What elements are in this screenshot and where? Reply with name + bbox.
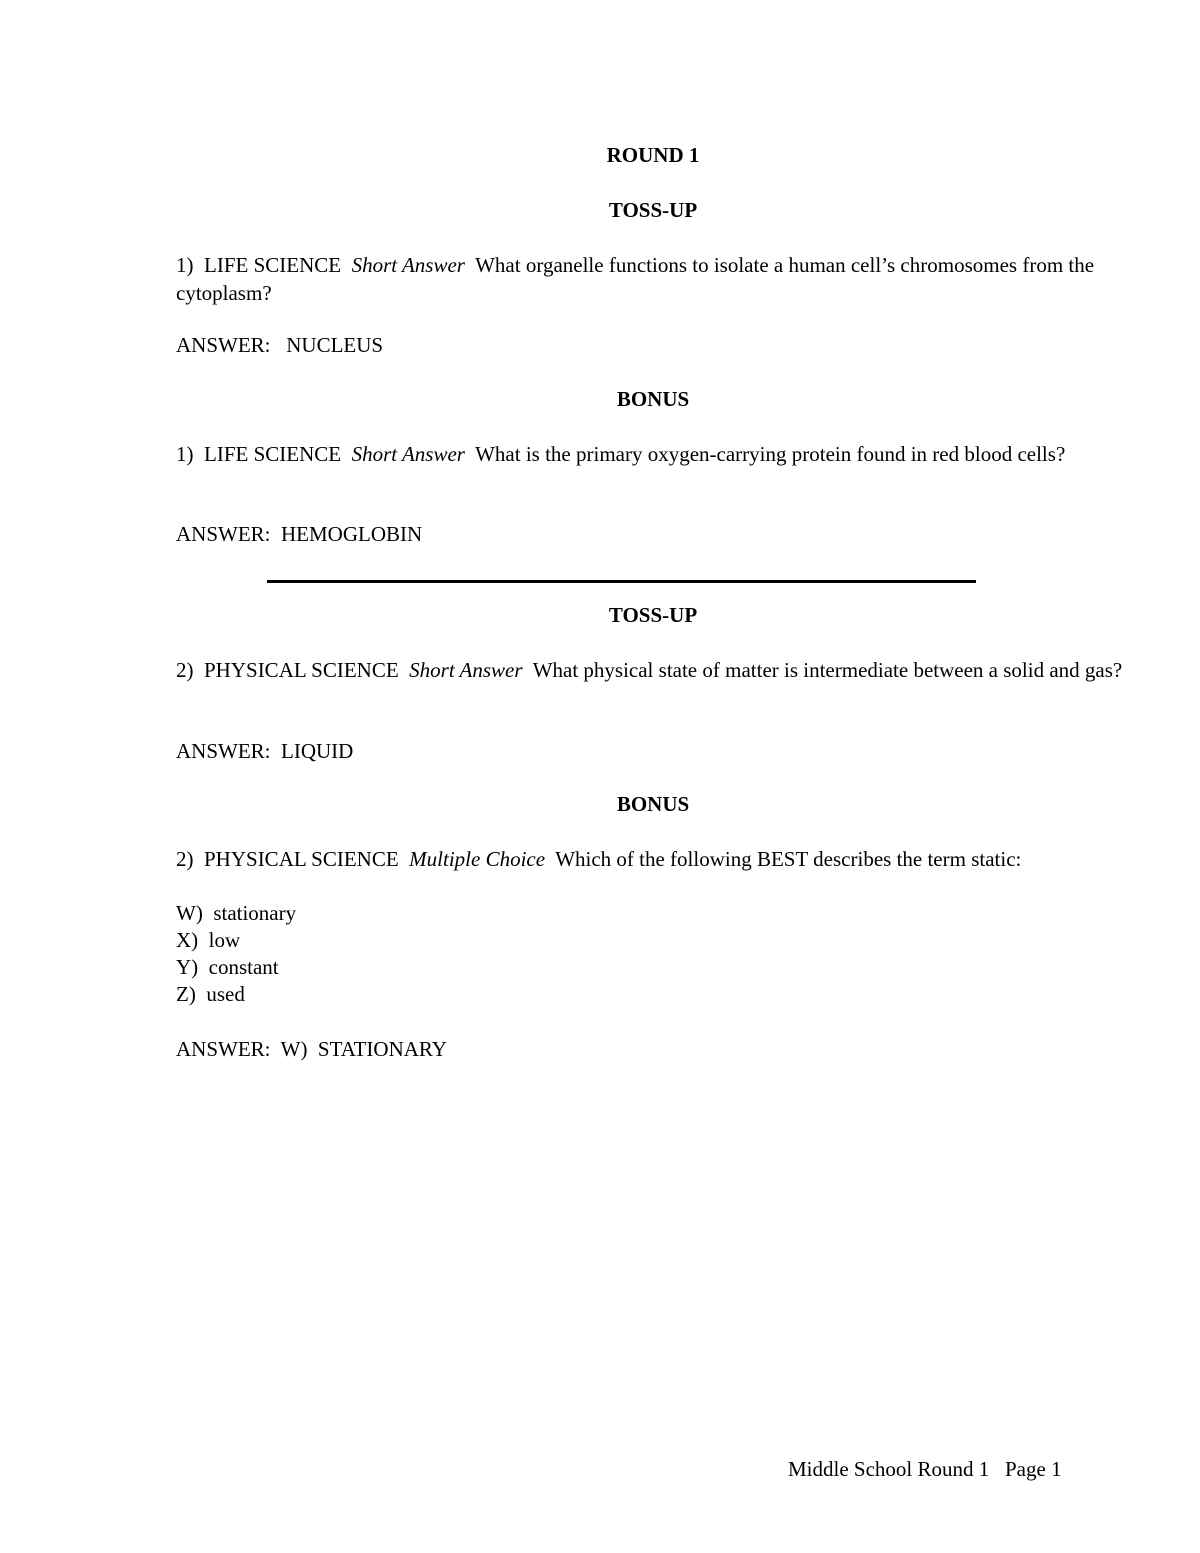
tossup-1-heading: TOSS-UP — [0, 198, 1200, 223]
question-number: 1) — [176, 253, 194, 277]
tossup-1-question: 1) LIFE SCIENCE Short Answer What organe… — [176, 251, 1136, 307]
question-text: What physical state of matter is interme… — [533, 658, 1123, 682]
bonus-2-question: 2) PHYSICAL SCIENCE Multiple Choice Whic… — [176, 845, 1136, 873]
bonus-1-question: 1) LIFE SCIENCE Short Answer What is the… — [176, 440, 1136, 468]
bonus-1-answer: ANSWER: HEMOGLOBIN — [176, 520, 1136, 548]
section-divider — [267, 580, 976, 583]
tossup-2-answer: ANSWER: LIQUID — [176, 737, 1136, 765]
bonus-1-heading: BONUS — [0, 387, 1200, 412]
option-x: X) low — [176, 927, 240, 954]
question-category: LIFE SCIENCE — [204, 253, 341, 277]
question-number: 2) — [176, 847, 194, 871]
question-number: 1) — [176, 442, 194, 466]
page-footer: Middle School Round 1 Page 1 — [788, 1457, 1062, 1482]
question-category: PHYSICAL SCIENCE — [204, 658, 399, 682]
question-format: Short Answer — [352, 442, 465, 466]
question-format: Multiple Choice — [409, 847, 545, 871]
option-y: Y) constant — [176, 954, 279, 981]
question-text: Which of the following BEST describes th… — [555, 847, 1021, 871]
question-text: What is the primary oxygen-carrying prot… — [475, 442, 1065, 466]
question-format: Short Answer — [352, 253, 465, 277]
option-z: Z) used — [176, 981, 245, 1008]
round-title: ROUND 1 — [0, 143, 1200, 168]
question-category: PHYSICAL SCIENCE — [204, 847, 399, 871]
tossup-2-heading: TOSS-UP — [0, 603, 1200, 628]
option-w: W) stationary — [176, 900, 296, 927]
tossup-2-question: 2) PHYSICAL SCIENCE Short Answer What ph… — [176, 656, 1136, 684]
bonus-2-answer: ANSWER: W) STATIONARY — [176, 1035, 1136, 1063]
question-format: Short Answer — [409, 658, 522, 682]
bonus-2-heading: BONUS — [0, 792, 1200, 817]
tossup-1-answer: ANSWER: NUCLEUS — [176, 331, 1136, 359]
question-category: LIFE SCIENCE — [204, 442, 341, 466]
question-number: 2) — [176, 658, 194, 682]
